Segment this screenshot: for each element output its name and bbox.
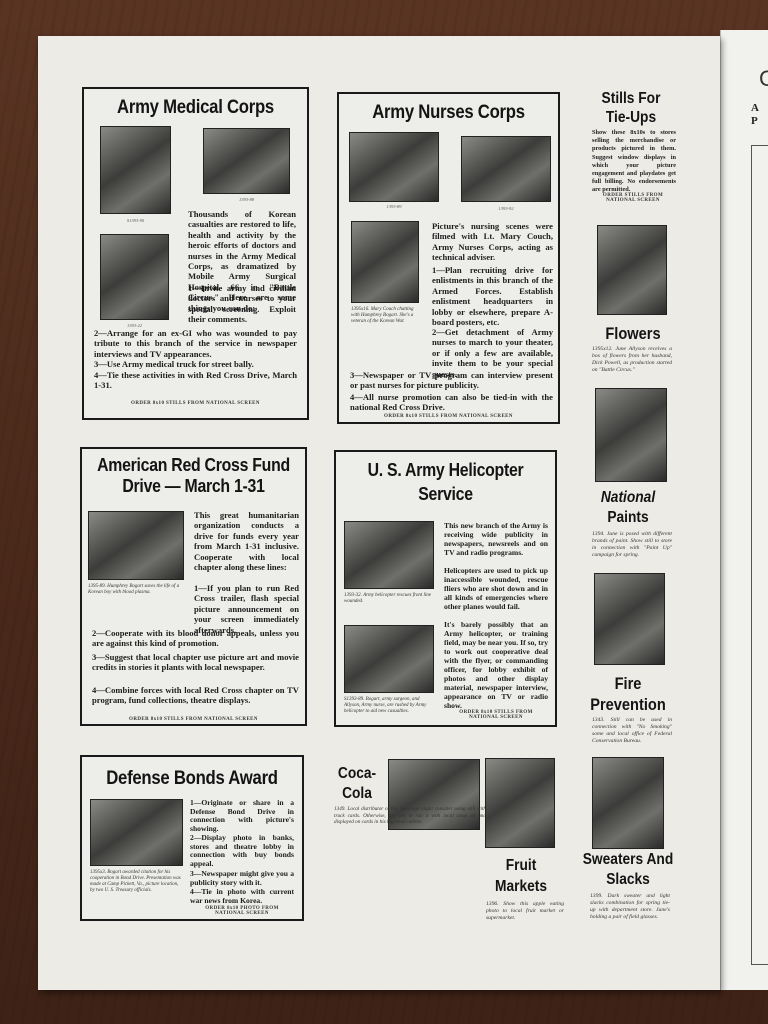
adjacent-page-edge: C A P [720,30,768,990]
photo-caption: 1395x16. Mary Couch chatting with Humphr… [351,307,421,325]
list-item: 4—Combine forces with local Red Cross ch… [92,685,299,706]
photo-nurses-group [349,132,439,202]
photo-caption: 1393-89 [349,204,439,209]
fire-title-line2: Prevention [589,695,666,714]
panel-intro: Picture's nursing scenes were filmed wit… [432,221,553,263]
list-item: 4—Tie in photo with current war news fro… [190,888,294,905]
list-item: 2—Display photo in banks, stores and the… [190,834,294,868]
panel-title: Army Nurses Corps [352,102,545,124]
list-item: 1—Plan recruiting drive for enlistments … [432,265,553,327]
photo-jeep [100,126,171,214]
photo-helicopter-rescue [344,521,434,589]
sweaters-title-line2: Slacks [589,870,666,889]
panel-title-line1: U. S. Army Helicopter [344,460,547,481]
paints-title-line2: Paints [589,508,666,527]
order-note: ORDER 8x10 PHOTO FROM NATIONAL SCREEN [190,906,294,916]
list-item: 2—Cooperate with its blood donor appeals… [92,628,299,649]
order-note: ORDER STILLS FROM NATIONAL SCREEN [598,193,668,203]
coca-cola-title-line1: Coca- [336,764,379,783]
paints-title-line1: National [589,488,666,507]
fruit-title-line2: Markets [482,877,559,896]
panel-title: Defense Bonds Award [95,768,289,790]
fire-caption: 1343. Still can be used in connection wi… [592,717,672,745]
panel-title-line1: American Red Cross Fund [87,455,301,476]
next-page-box [751,145,768,965]
fire-title-line1: Fire [589,674,666,693]
order-note: ORDER 8x10 STILLS FROM NATIONAL SCREEN [339,414,558,419]
photo-hospital-ward [461,136,551,202]
coca-cola-caption: 1349. Local distributor of this beverage… [334,806,486,826]
flowers-title: Flowers [594,324,671,343]
fruit-caption: 1396. Show this apple eating photo to lo… [486,901,564,922]
photo-helicopter-landing [344,625,434,693]
list-item: 2—Arrange for an ex-GI who was wounded t… [94,328,297,359]
paragraph: This new branch of the Army is receiving… [444,521,548,557]
paragraph: Helicopters are used to pick up inaccess… [444,566,548,611]
photo-caption: S1393-89. Bogart, army surgeon, and Ally… [344,697,434,715]
pressbook-page: Army Medical Corps S1393-90 1393-88 1393… [38,36,720,990]
stills-tieups-text: Show these 8x10s to stores selling the m… [592,129,676,195]
panel-title: Army Medical Corps [97,97,293,119]
photo-paints [595,388,667,482]
panel-intro: This great humanitarian organization con… [194,510,299,572]
coca-cola-title-line2: Cola [336,784,379,803]
panel-defense-bonds: Defense Bonds Award 1395x3. Bogart award… [80,755,304,921]
stills-tieups-title-line1: Stills For [592,89,669,108]
list-item: 3—Newspaper or TV program can interview … [350,370,553,391]
list-item: 3—Use Army medical truck for street ball… [94,359,297,369]
photo-caption: 1395x3. Bogart awarded citation for his … [90,870,183,894]
panel-army-helicopter: U. S. Army Helicopter Service 1393-32. A… [334,450,557,727]
paints-caption: 1394. June is posed with different brand… [592,531,672,559]
photo-surgeon [100,234,169,320]
list-item: 4—All nurse promotion can also be tied-i… [350,392,553,413]
list-item: 1—Originate or share in a Defense Bond D… [190,799,294,833]
photo-flowers [597,225,667,315]
photo-mary-couch [351,221,419,303]
order-note: ORDER 8x10 STILLS FROM NATIONAL SCREEN [444,710,548,720]
next-page-heading-glyph: C [759,66,768,92]
sweaters-caption: 1399. Dark sweater and light slacks comb… [590,893,670,921]
next-page-text: A [751,102,759,114]
paragraph: It's barely possibly that an Army helico… [444,620,548,710]
panel-title-line2: Drive — March 1-31 [95,476,291,497]
photo-bogart-plasma [88,511,184,580]
fruit-title-line1: Fruit [482,856,559,875]
photo-caption: 1393-92 [461,206,551,211]
panel-army-nurses-corps: Army Nurses Corps 1393-89 1393-92 1395x1… [337,92,560,424]
order-note: ORDER 8x10 STILLS FROM NATIONAL SCREEN [84,401,307,406]
photo-caption: 1393-88 [203,197,290,202]
photo-fruit [485,758,555,848]
next-page-text: P [751,115,758,127]
list-item: 3—Suggest that local chapter use picture… [92,652,299,673]
photo-fire-prevention [594,573,665,665]
photo-surgery-scene [203,128,290,194]
list-item: 3—Newspaper might give you a publicity s… [190,870,294,887]
panel-title-line2: Service [349,484,542,505]
list-item: 1—Invite army and civilian doctors and n… [188,283,296,325]
stills-tieups-title-line2: Tie-Ups [592,108,669,127]
list-item: 4—Tie these activities in with Red Cross… [94,370,297,391]
panel-army-medical-corps: Army Medical Corps S1393-90 1393-88 1393… [82,87,309,420]
panel-red-cross-drive: American Red Cross Fund Drive — March 1-… [80,447,307,726]
photo-bogart-citation [90,799,183,866]
flowers-caption: 1395x12. June Allyson receives a box of … [592,346,672,374]
photo-caption: 1393-32. Army helicopter rescues front l… [344,593,434,605]
photo-caption: S1393-90 [100,218,171,223]
order-note: ORDER 8x10 STILLS FROM NATIONAL SCREEN [82,717,305,722]
sweaters-title-line1: Sweaters And [581,850,676,869]
photo-sweaters [592,757,664,849]
